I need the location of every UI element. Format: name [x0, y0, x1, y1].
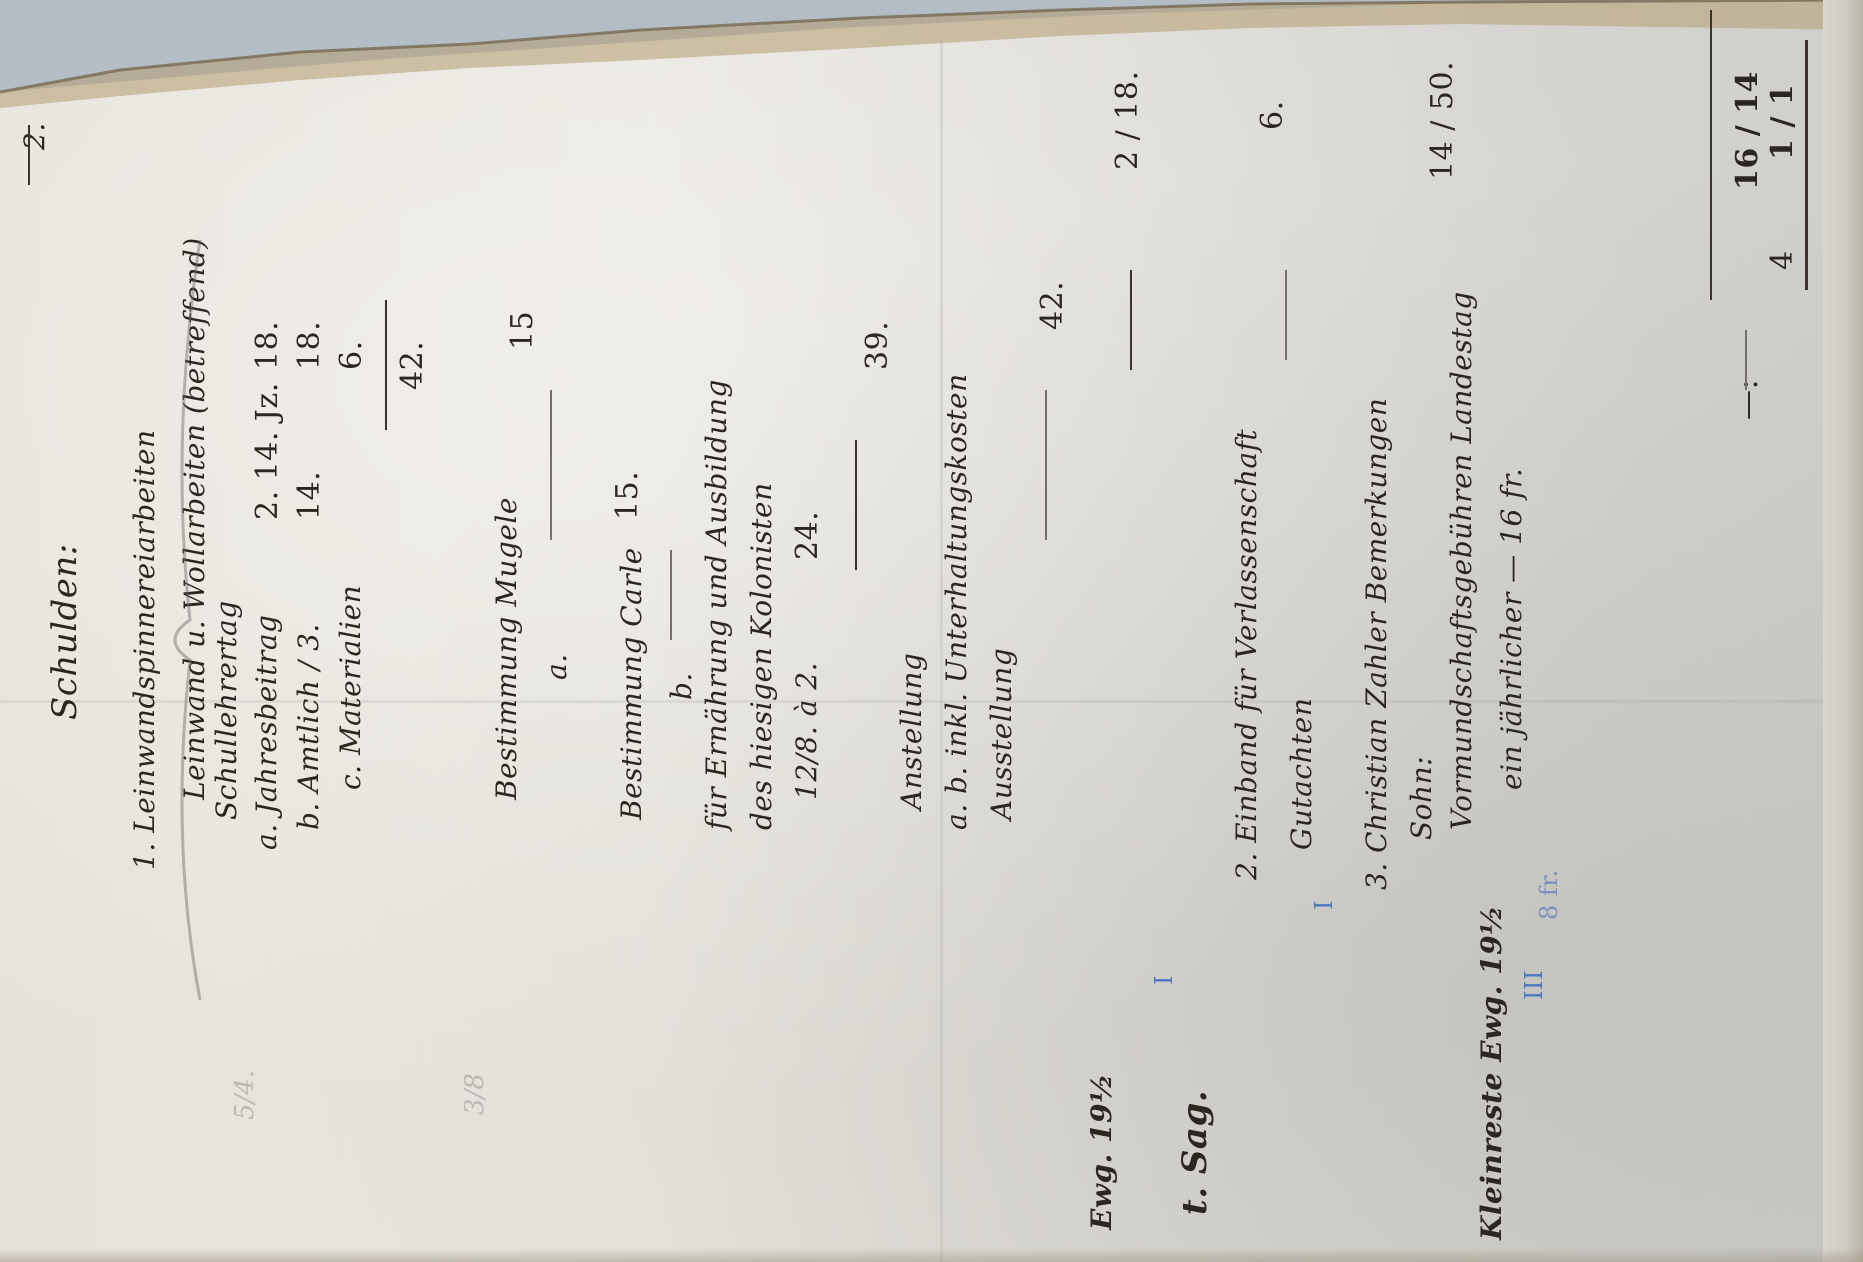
entry-2-value: 6. [1255, 100, 1290, 130]
entry-1a-amount: 2. 14. Jz. [250, 382, 285, 520]
page-number-rule [28, 125, 30, 185]
mugele-value: 15 [505, 311, 540, 350]
entry-2-leader-rule [1285, 270, 1287, 360]
entry-3-line-1: 3. Christian Zahler Bemerkungen [1360, 398, 1393, 890]
entry-2-line-1: 2. Einband für Verlassenschaft [1230, 429, 1263, 880]
entry-1c-value: 6. [334, 340, 369, 370]
page-bottom-shadow [0, 1248, 1863, 1262]
entry-1b-amount: 14. [292, 471, 327, 520]
anstellung-subtotal: 42. [1035, 281, 1070, 330]
blue-pencil-mark-2: I [1310, 900, 1338, 910]
mugele-line-2: a. [540, 653, 573, 680]
entry-3-margin-note: Kleinreste Ewg. 19½ [1475, 905, 1508, 1240]
entry-2-line-2: Gutachten [1285, 698, 1318, 850]
ghost-mark-2: 3/8 [460, 1073, 490, 1115]
entry-3-line-3: Vormundschaftsgebühren Landestag [1445, 291, 1478, 830]
carle-line-3: für Ernährung und Ausbildung [700, 379, 733, 830]
entry-3-line-2: Sohn: [1405, 756, 1438, 840]
blue-pencil-mark-1: I [1150, 975, 1178, 985]
anstellung-line-3: Ausstellung [985, 648, 1018, 820]
photo-background: 2. Schulden: 1. Leinwandspinnereiarbeite… [0, 0, 1863, 1262]
blue-pencil-note: 8 fr. [1535, 869, 1563, 920]
carle-line-4: des hiesigen Kolonisten [745, 482, 778, 830]
dash-leader-rule [1745, 330, 1747, 390]
entry-3-line-4: ein jährlicher — 16 fr. [1495, 468, 1528, 790]
anstellung-leader-rule [1045, 390, 1047, 540]
document-heading: Schulden: [45, 543, 85, 720]
entry-1c-label: c. Materialien [334, 585, 367, 790]
carle-line-2: b. [665, 672, 698, 700]
margin-note-ewg-1: Ewg. 19½ [1085, 1073, 1118, 1230]
entry-1-sum-rule [385, 300, 387, 430]
entry-3-value: 14 / 50. [1425, 61, 1460, 180]
grand-total-sub: 1 / 1 [1765, 84, 1800, 160]
carle-amount-2: 24. [790, 511, 825, 560]
entry-1a-value: 18. [250, 321, 285, 370]
grand-total-underline [1805, 40, 1808, 290]
book-binding-edge [1823, 0, 1863, 1262]
carle-leader-rule [670, 550, 672, 640]
grand-total-prefix: 4 [1765, 250, 1800, 270]
entry-2-margin-note: t. Sag. [1175, 1090, 1215, 1215]
anstellung-line-2: a. b. inkl. Unterhaltungskosten [940, 373, 973, 830]
page-number: 2. [18, 122, 51, 150]
carle-line-5: 12/8. à 2. [790, 662, 823, 800]
entry-1a-label: a. Jahresbeitrag [250, 615, 283, 850]
carle-amount-1: 15. [610, 471, 645, 520]
carle-sum-rule [855, 440, 857, 570]
dash-mark: —: [1730, 379, 1765, 420]
entry-1b-value: 18. [292, 321, 327, 370]
grand-total: 16 / 14 [1730, 71, 1765, 190]
ghost-mark-1: 5/4. [230, 1070, 260, 1120]
column-total-1: 2 / 18. [1110, 71, 1145, 170]
entry-1-subtotal: 42. [395, 341, 430, 390]
anstellung-line-1: Anstellung [895, 653, 928, 810]
grand-total-rule [1710, 10, 1712, 300]
mugele-leader-rule [550, 390, 552, 540]
blue-pencil-mark-3: III [1520, 970, 1548, 1000]
column-sum-rule [1130, 270, 1132, 370]
carle-line-1: Bestimmung Carle [615, 547, 648, 820]
pencil-brace-mark [150, 240, 230, 1000]
mugele-line-1: Bestimmung Mugele [490, 497, 523, 800]
entry-1b-label: b. Amtlich / 3. [292, 623, 325, 830]
carle-subtotal: 39. [860, 321, 895, 370]
